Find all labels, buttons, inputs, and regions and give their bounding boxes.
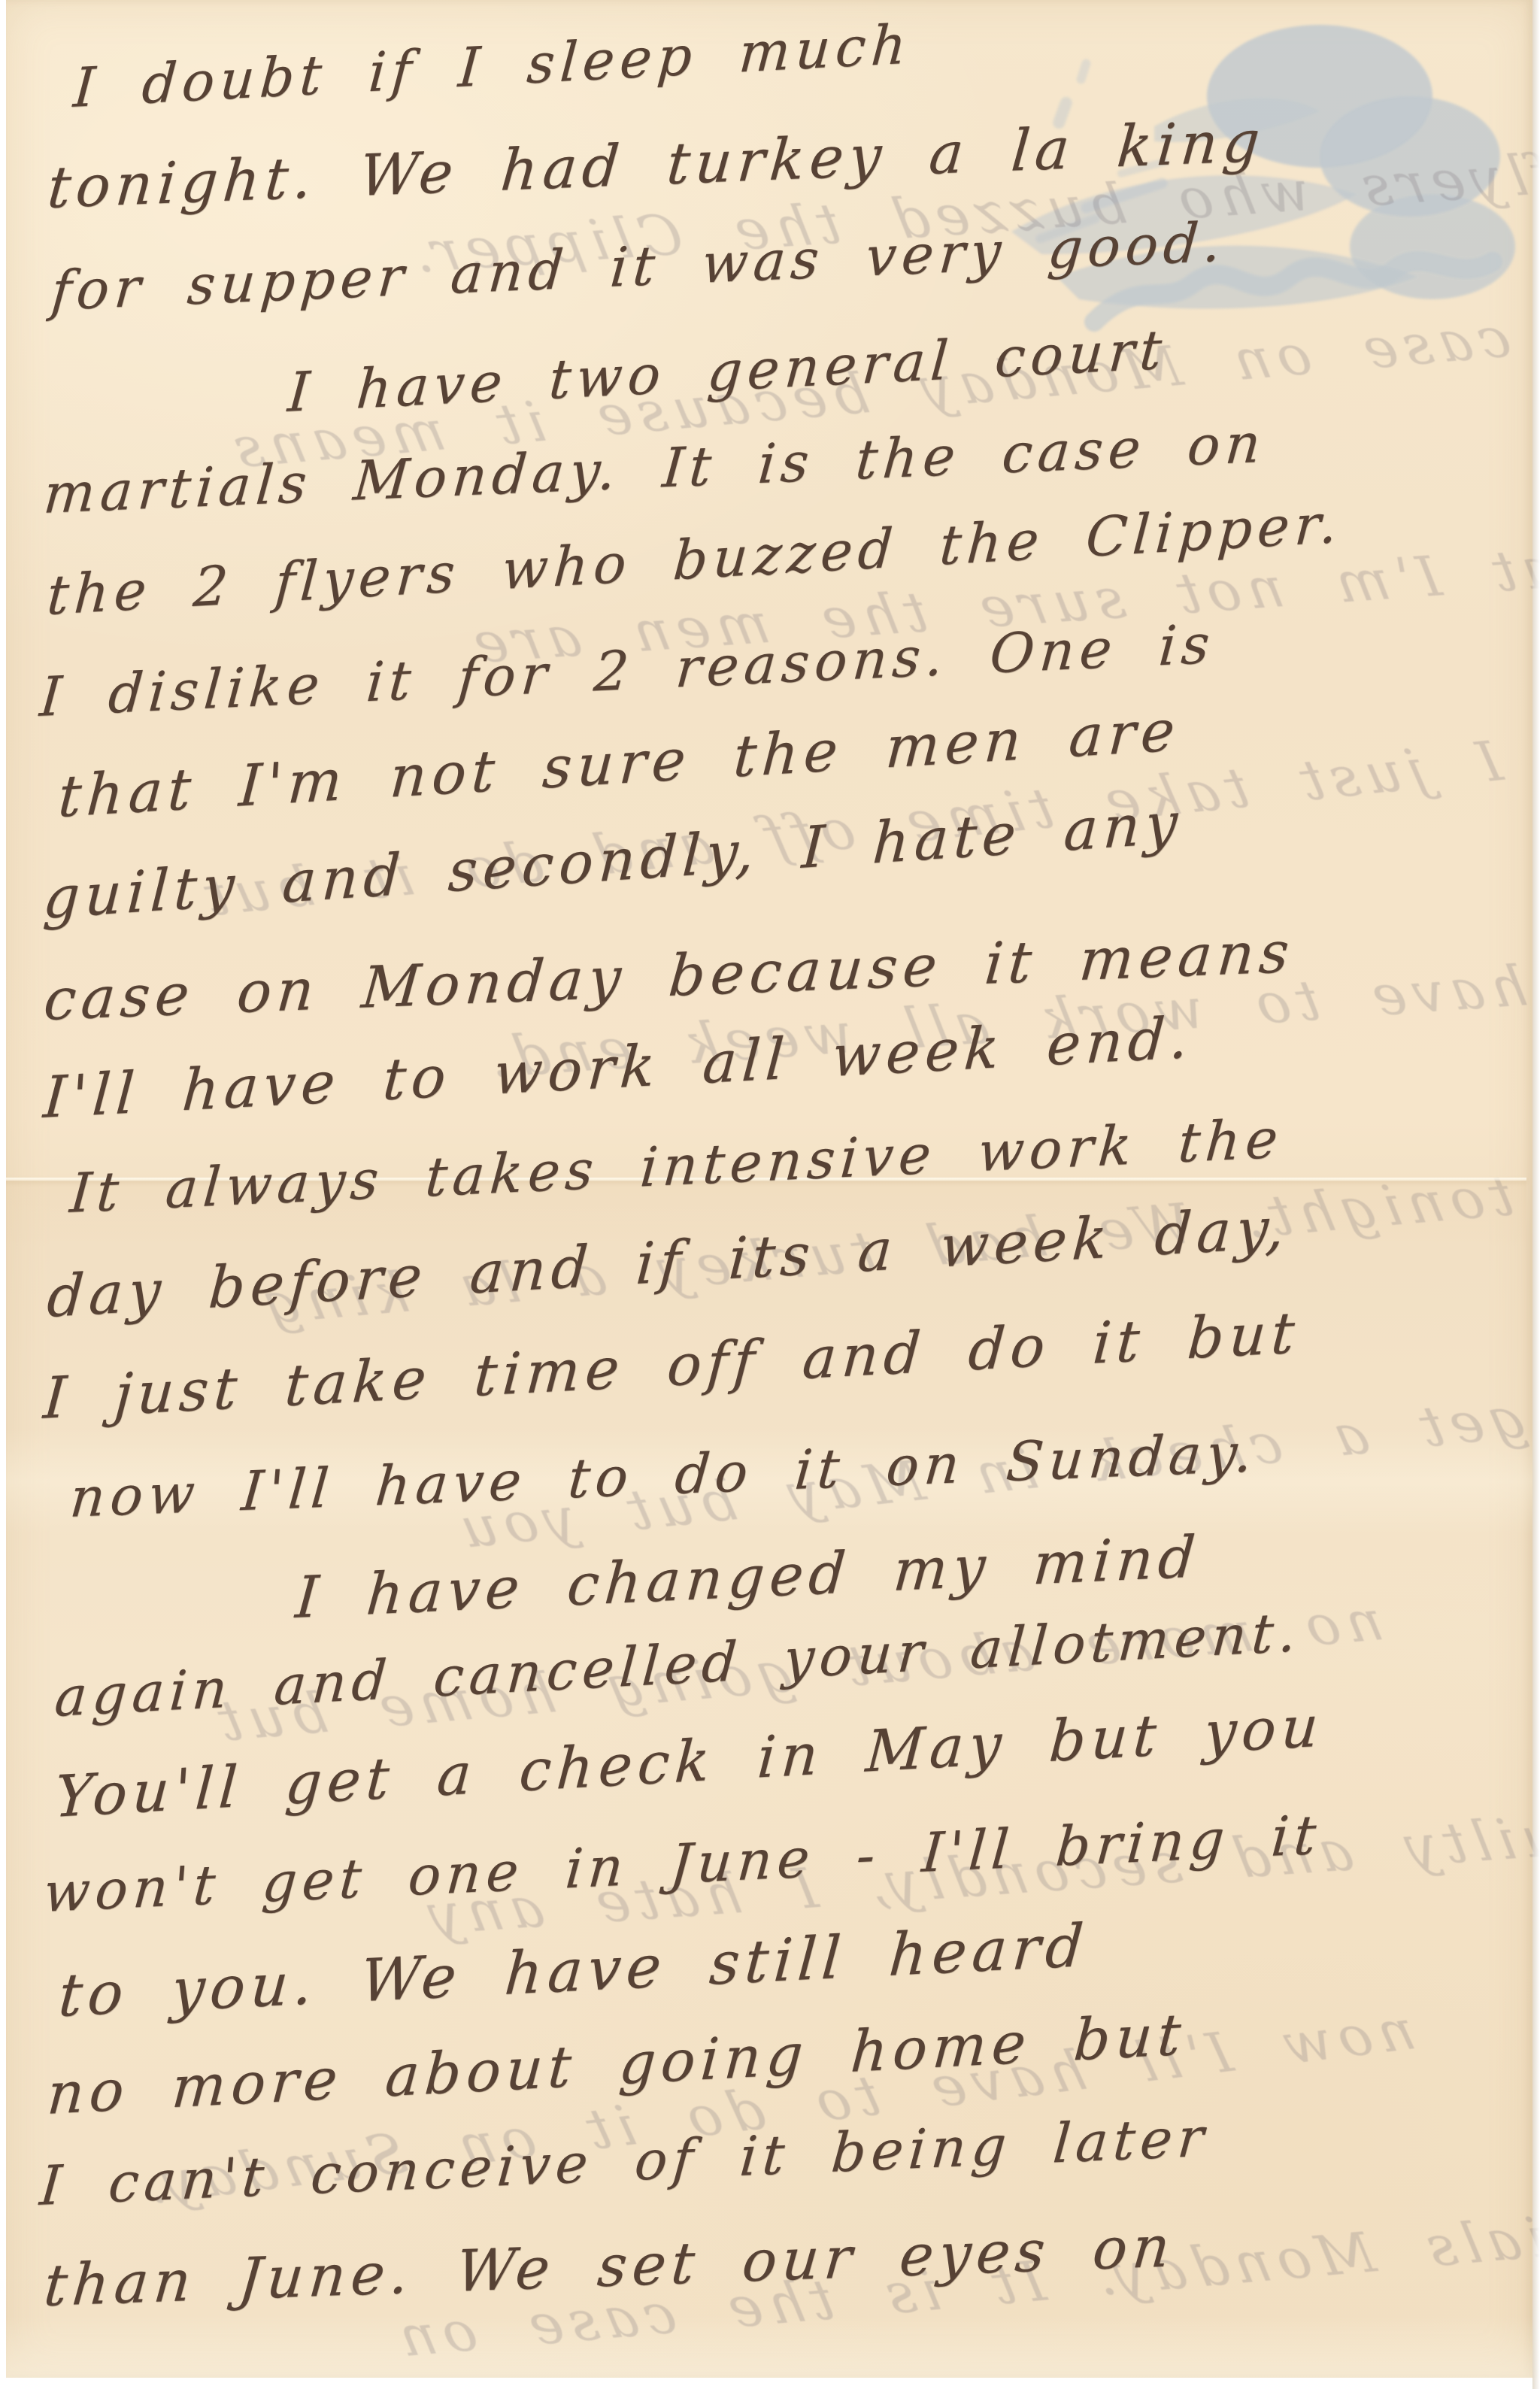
scan-edge-bottom <box>0 2378 1540 2389</box>
scanned-letter: the 2 flyers who buzzed the Clipper. cas… <box>0 0 1540 2389</box>
scan-edge-right <box>1532 0 1540 2389</box>
scan-edge-left <box>0 0 6 2389</box>
